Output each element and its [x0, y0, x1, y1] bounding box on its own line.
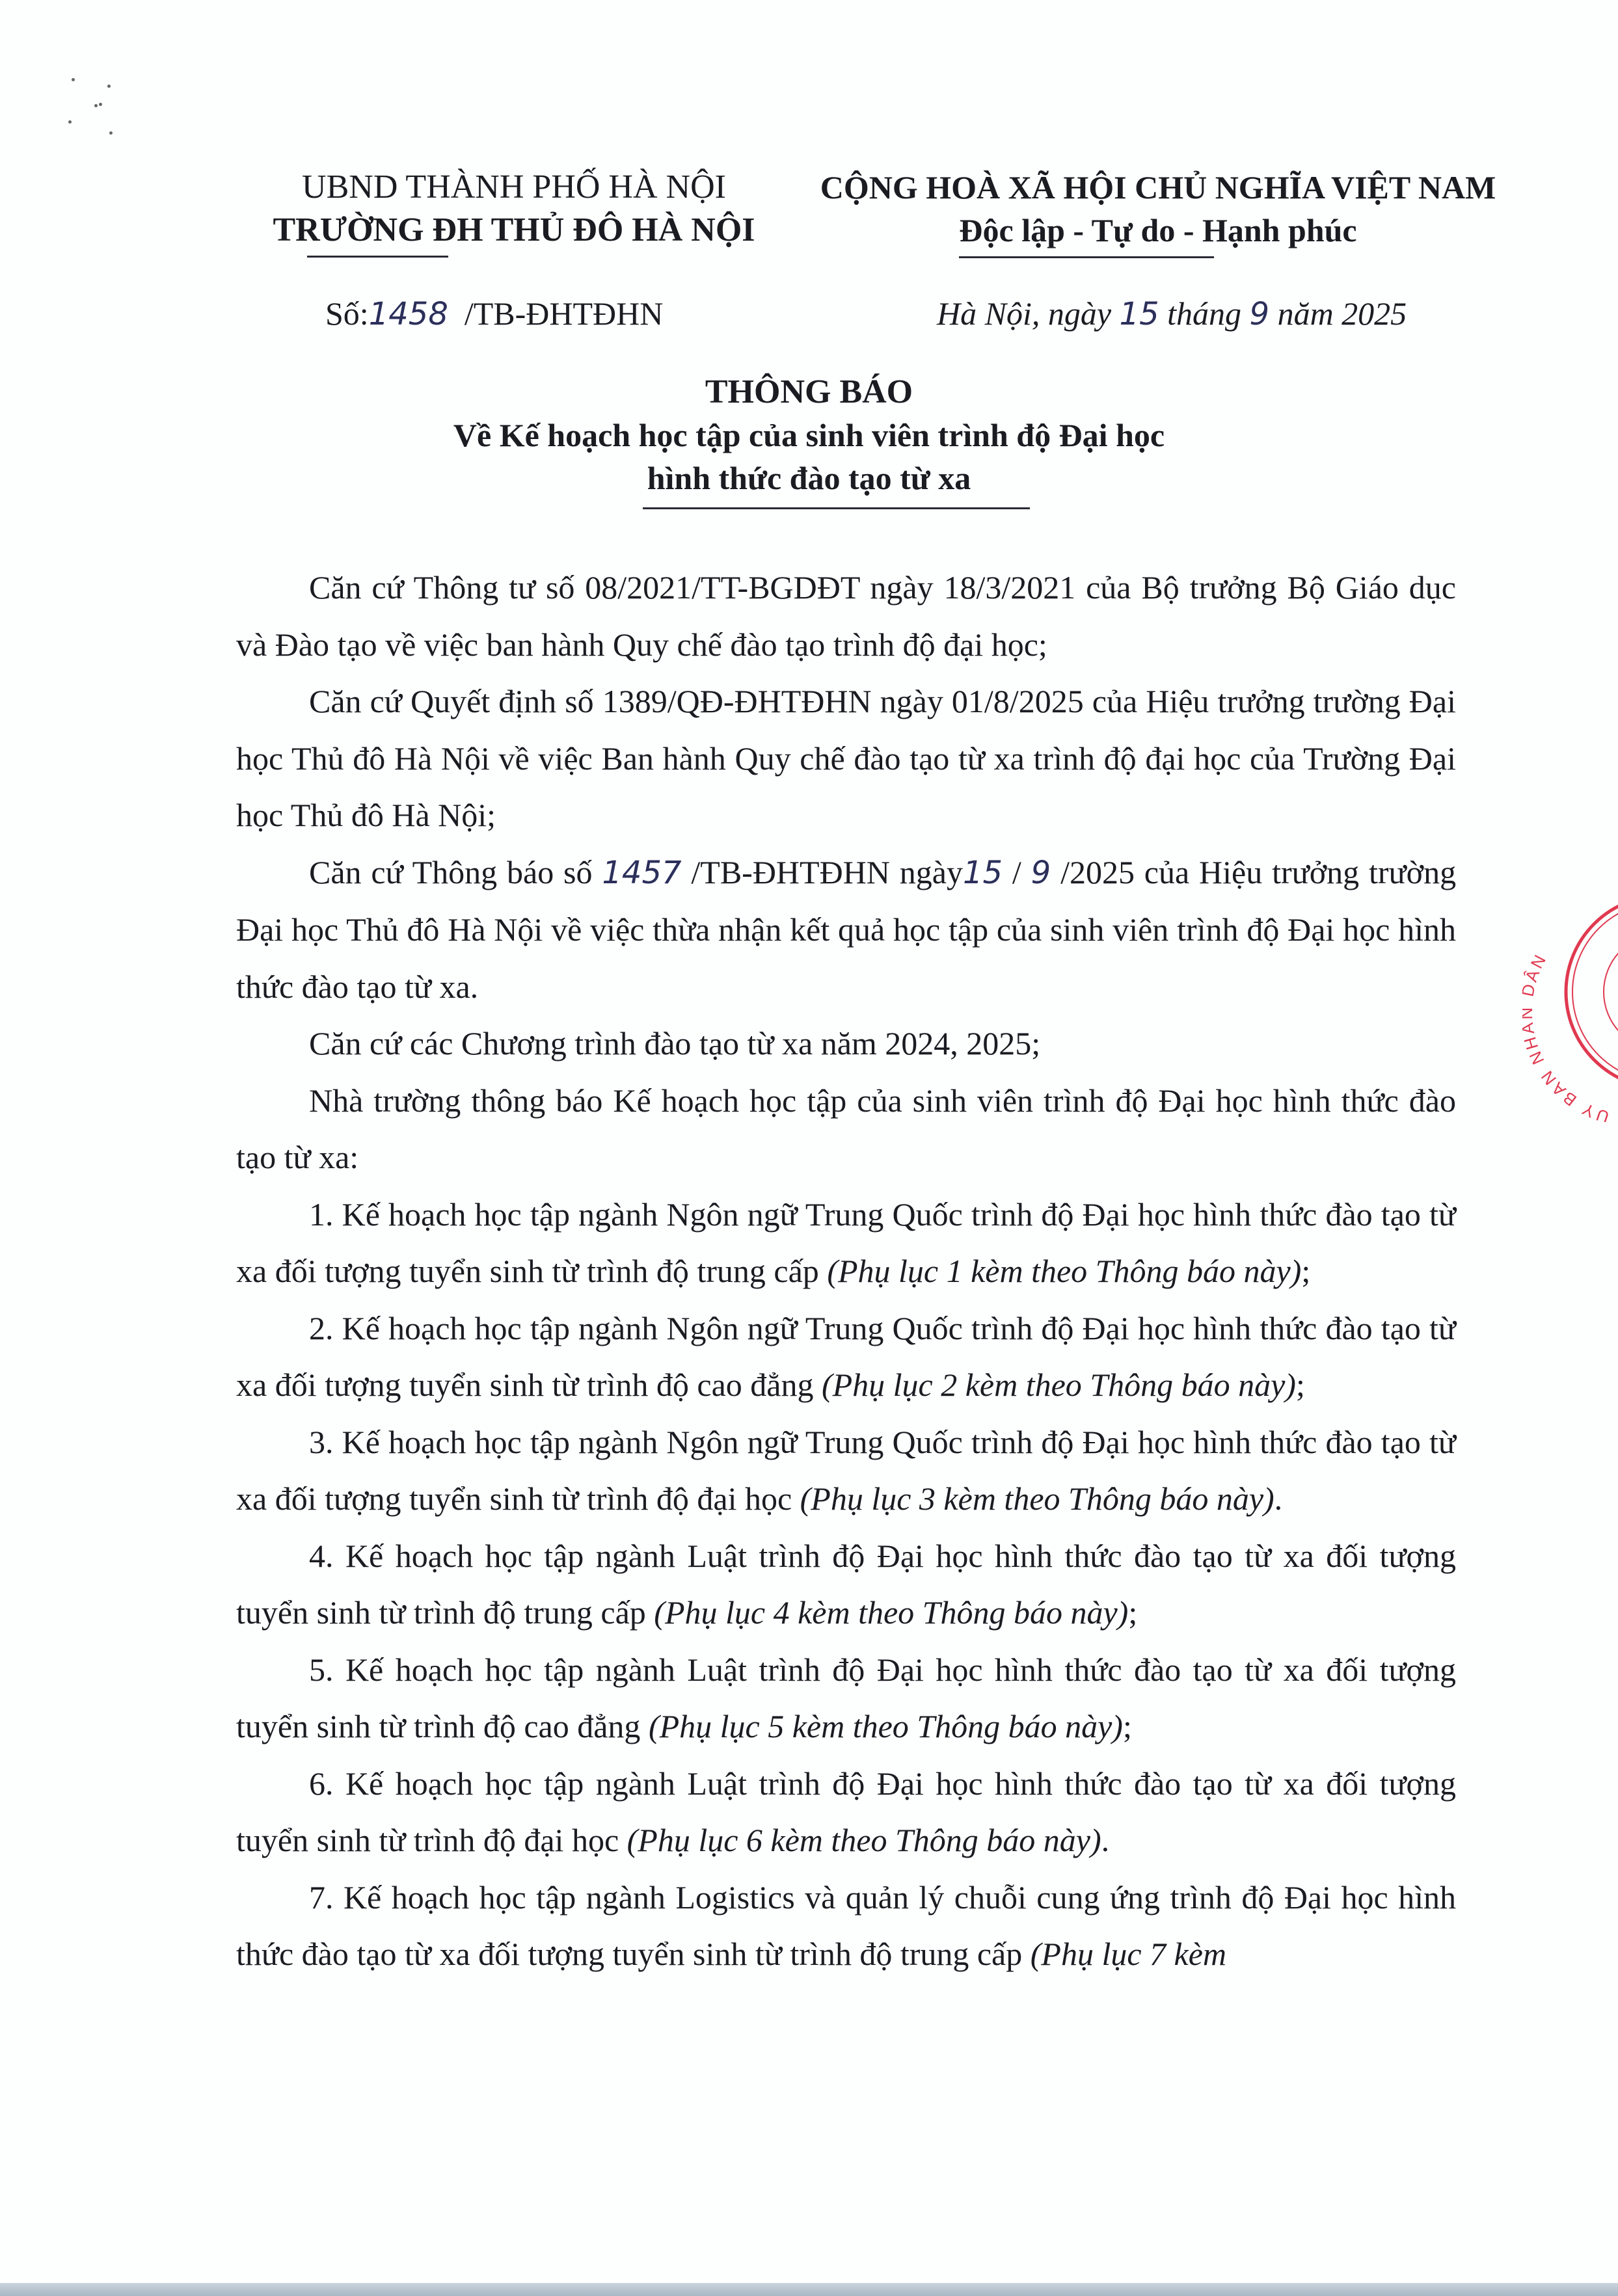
national-header: CỘNG HOÀ XÃ HỘI CHỦ NGHĨA VIỆT NAM Độc l… — [794, 166, 1522, 252]
basis-paragraph-4: Căn cứ các Chương trình đào tạo từ xa nă… — [236, 1015, 1456, 1073]
handwritten-number: 1458 — [369, 296, 448, 332]
handwritten-ref-number: 1457 — [602, 855, 681, 891]
plan-item: 1. Kế hoạch học tập ngành Ngôn ngữ Trung… — [236, 1186, 1456, 1300]
plan-item: 7. Kế hoạch học tập ngành Logistics và q… — [236, 1869, 1456, 1983]
appendix-reference: (Phụ lục 7 kèm — [1031, 1936, 1226, 1972]
basis-paragraph-3: Căn cứ Thông báo số 1457 /TB-ĐHTĐHN ngày… — [236, 844, 1456, 1016]
appendix-reference: (Phụ lục 3 kèm theo Thông báo này) — [800, 1480, 1274, 1517]
appendix-reference: (Phụ lục 2 kèm theo Thông báo này) — [822, 1367, 1296, 1403]
plan-item: 4. Kế hoạch học tập ngành Luật trình độ … — [236, 1528, 1456, 1642]
plan-item: 2. Kế hoạch học tập ngành Ngôn ngữ Trung… — [236, 1300, 1456, 1414]
issue-date: Hà Nội, ngày 15 tháng 9 năm 2025 — [937, 293, 1407, 335]
title-underline — [643, 507, 1030, 509]
nation-name: CỘNG HOÀ XÃ HỘI CHỦ NGHĨA VIỆT NAM — [794, 166, 1522, 209]
appendix-reference: (Phụ lục 1 kèm theo Thông báo này) — [827, 1253, 1301, 1289]
appendix-reference: (Phụ lục 4 kèm theo Thông báo này) — [654, 1594, 1128, 1631]
title-heading: THÔNG BÁO — [195, 371, 1423, 414]
document-number: Số:1458 /TB-ĐHTĐHN — [325, 293, 663, 335]
plan-list: 1. Kế hoạch học tập ngành Ngôn ngữ Trung… — [236, 1186, 1456, 1983]
handwritten-month: 9 — [1250, 296, 1270, 332]
basis-paragraph-2: Căn cứ Quyết định số 1389/QĐ-ĐHTĐHN ngày… — [236, 673, 1456, 844]
plan-item: 6. Kế hoạch học tập ngành Luật trình độ … — [236, 1755, 1456, 1869]
handwritten-ref-day: 15 — [963, 855, 1003, 891]
red-seal-stamp: ỦY BAN NHÂN DÂN TĐTH — [1522, 862, 1618, 1122]
issuer-institution: TRƯỜNG ĐH THỦ ĐÔ HÀ NỘI — [221, 209, 807, 252]
handwritten-ref-month: 9 — [1031, 855, 1051, 891]
plan-item: 5. Kế hoạch học tập ngành Luật trình độ … — [236, 1642, 1456, 1755]
document-body: Căn cứ Thông tư số 08/2021/TT-BGDĐT ngày… — [236, 559, 1456, 1983]
basis-paragraph-1: Căn cứ Thông tư số 08/2021/TT-BGDĐT ngày… — [236, 559, 1456, 673]
issuer-block: UBND THÀNH PHỐ HÀ NỘI TRƯỜNG ĐH THỦ ĐÔ H… — [221, 166, 807, 252]
appendix-reference: (Phụ lục 6 kèm theo Thông báo này) — [627, 1822, 1101, 1858]
handwritten-day: 15 — [1120, 296, 1159, 332]
title-subtitle-1: Về Kế hoạch học tập của sinh viên trình … — [195, 414, 1423, 457]
title-subtitle-2: hình thức đào tạo từ xa — [195, 457, 1423, 500]
issuer-authority: UBND THÀNH PHỐ HÀ NỘI — [221, 166, 807, 209]
issuer-underline — [307, 256, 448, 258]
document-title: THÔNG BÁO Về Kế hoạch học tập của sinh v… — [195, 371, 1423, 500]
motto-underline — [959, 256, 1214, 258]
appendix-reference: (Phụ lục 5 kèm theo Thông báo này) — [649, 1708, 1123, 1744]
intro-paragraph: Nhà trường thông báo Kế hoạch học tập củ… — [236, 1073, 1456, 1186]
national-motto: Độc lập - Tự do - Hạnh phúc — [794, 209, 1522, 252]
scan-specks — [59, 72, 137, 150]
plan-item: 3. Kế hoạch học tập ngành Ngôn ngữ Trung… — [236, 1414, 1456, 1528]
scan-edge — [0, 2283, 1618, 2296]
